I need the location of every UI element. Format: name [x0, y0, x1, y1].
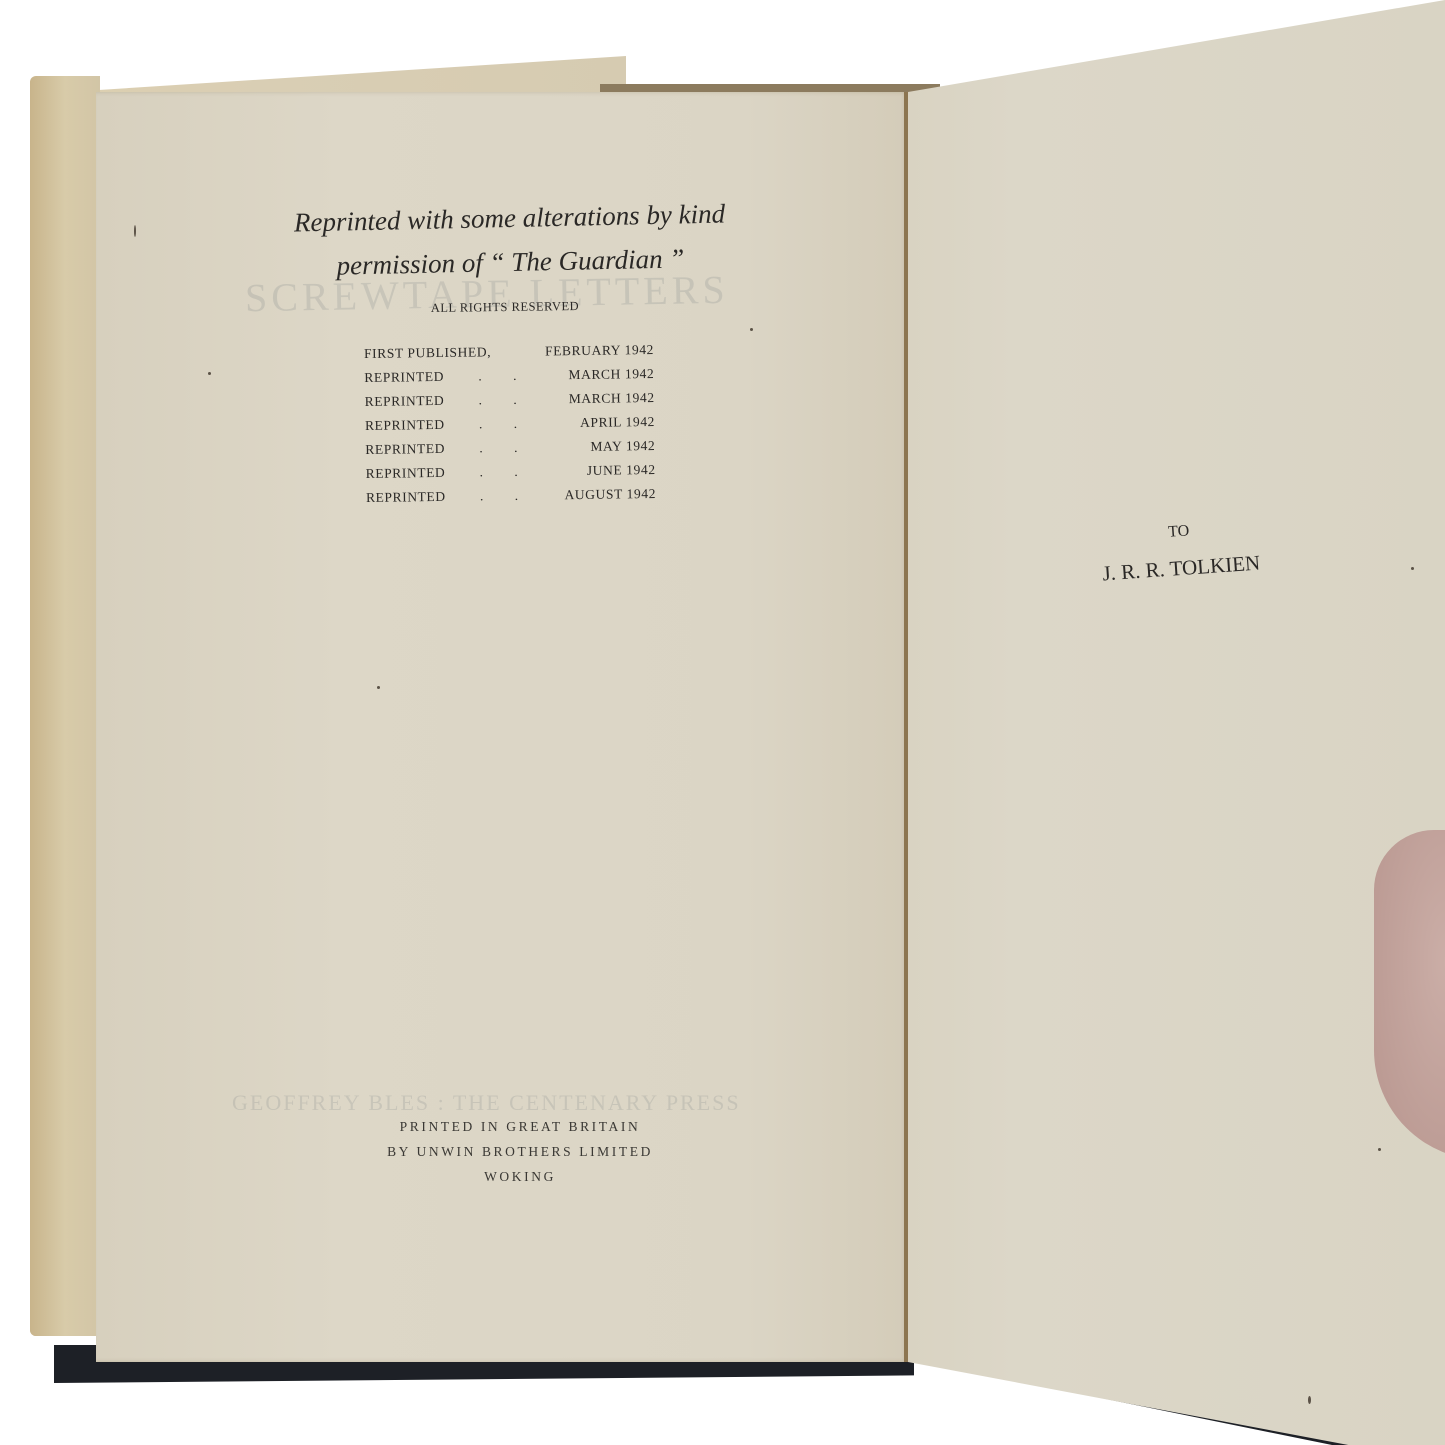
edition-row: REPRINTED . . AUGUST 1942	[366, 482, 656, 510]
dedication-page	[908, 0, 1445, 1445]
gutter	[904, 92, 908, 1362]
paper-speck	[208, 372, 211, 375]
paper-speck	[1411, 567, 1414, 570]
showthrough-press: GEOFFREY BLES : THE CENTENARY PRESS	[232, 1090, 741, 1116]
paper-speck	[1308, 1396, 1311, 1404]
paper-speck	[134, 225, 136, 237]
paper-speck	[377, 686, 380, 689]
printer-line1: PRINTED IN GREAT BRITAIN	[340, 1114, 700, 1139]
paper-speck	[750, 328, 753, 331]
dedication: TO J. R. R. TOLKIEN	[1088, 508, 1273, 592]
reprint-notice: Reprinted with some alterations by kind …	[269, 191, 751, 289]
printer-line3: WOKING	[340, 1164, 700, 1189]
paper-speck	[1378, 1148, 1381, 1151]
rights-reserved: ALL RIGHTS RESERVED	[390, 298, 620, 316]
printer-line2: BY UNWIN BROTHERS LIMITED	[340, 1139, 700, 1164]
edition-list: FIRST PUBLISHED, FEBRUARY 1942 REPRINTED…	[364, 338, 656, 510]
printer-imprint: PRINTED IN GREAT BRITAIN BY UNWIN BROTHE…	[340, 1114, 700, 1189]
flyleaf-edge	[30, 76, 100, 1336]
book-photo: SCREWTAPE LETTERS GEOFFREY BLES : THE CE…	[0, 0, 1445, 1445]
